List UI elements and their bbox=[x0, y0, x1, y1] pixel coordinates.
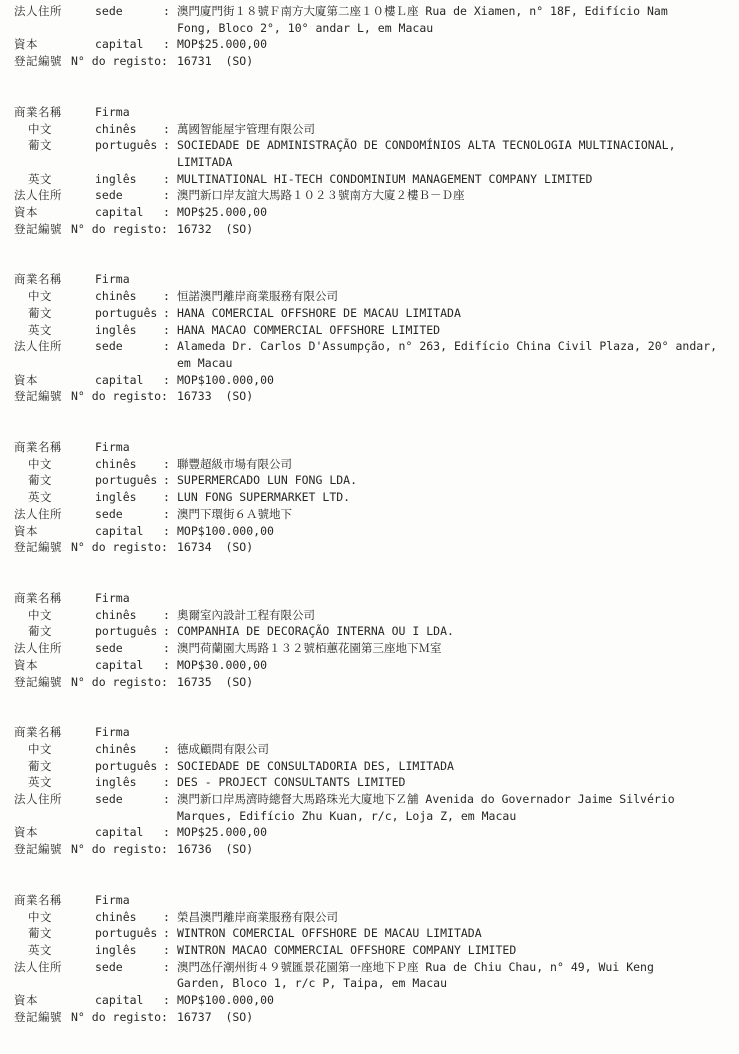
colon-separator: : bbox=[163, 489, 177, 506]
chines-label-zh: 中文 bbox=[14, 121, 95, 138]
registo-number: 16735 (SO) bbox=[177, 674, 253, 691]
firma-header-row: 商業名稱Firma bbox=[14, 104, 731, 121]
field-row-capital: 資本capital:MOP$25.000,00 bbox=[14, 204, 731, 221]
registry-entry: 商業名稱Firma中文chinês:聯豐超級市場有限公司葡文português:… bbox=[14, 439, 731, 556]
sede-value: 澳門新口岸馬濟時總督大馬路珠光大廈地下Ｚ舖 Avenida do Governa… bbox=[177, 791, 675, 824]
firma-label-zh: 商業名稱 bbox=[14, 724, 95, 741]
sede-label-pt: sede bbox=[95, 640, 163, 657]
registo-label-pt: N° do registo: bbox=[71, 53, 177, 70]
field-row-ingles: 英文inglês:WINTRON MACAO COMMERCIAL OFFSHO… bbox=[14, 942, 731, 959]
ingles-label-zh: 英文 bbox=[14, 774, 95, 791]
firma-label-zh: 商業名稱 bbox=[14, 439, 95, 456]
ingles-label-zh: 英文 bbox=[14, 489, 95, 506]
sede-label-pt: sede bbox=[95, 791, 163, 808]
field-row-portugues: 葡文português:HANA COMERCIAL OFFSHORE DE M… bbox=[14, 305, 731, 322]
portugues-value-line: WINTRON COMERCIAL OFFSHORE DE MACAU LIMI… bbox=[177, 925, 482, 942]
ingles-label-pt: inglês bbox=[95, 322, 163, 339]
chines-label-zh: 中文 bbox=[14, 909, 95, 926]
colon-separator: : bbox=[163, 992, 177, 1009]
ingles-label-zh: 英文 bbox=[14, 322, 95, 339]
sede-label-pt: sede bbox=[95, 959, 163, 976]
portugues-value: SUPERMERCADO LUN FONG LDA. bbox=[177, 472, 357, 489]
sede-value-line: 澳門新口岸馬濟時總督大馬路珠光大廈地下Ｚ舖 Avenida do Governa… bbox=[177, 791, 675, 808]
capital-value: MOP$25.000,00 bbox=[177, 204, 267, 221]
portugues-value: WINTRON COMERCIAL OFFSHORE DE MACAU LIMI… bbox=[177, 925, 482, 942]
ingles-value: MULTINATIONAL HI-TECH CONDOMINIUM MANAGE… bbox=[177, 171, 592, 188]
registo-label-zh: 登記編號 bbox=[14, 388, 71, 405]
capital-label-pt: capital bbox=[95, 372, 163, 389]
capital-value: MOP$100.000,00 bbox=[177, 523, 274, 540]
registry-entry: 商業名稱Firma中文chinês:萬國智能屋宇管理有限公司葡文portuguê… bbox=[14, 104, 731, 238]
registo-label-pt: N° do registo: bbox=[71, 539, 177, 556]
sede-value: 澳門廈門街１８號Ｆ南方大廈第二座１０樓Ｌ座 Rua de Xiamen, n° … bbox=[177, 3, 668, 36]
firma-label-zh: 商業名稱 bbox=[14, 271, 95, 288]
registo-row: 登記編號N° do registo:16732 (SO) bbox=[14, 221, 731, 238]
field-row-sede: 法人住所sede:澳門荷蘭園大馬路１３２號栢蕙花園第三座地下Ｍ室 bbox=[14, 640, 731, 657]
colon-separator: : bbox=[163, 791, 177, 808]
sede-label-zh: 法人住所 bbox=[14, 791, 95, 808]
sede-value: 澳門下環街６Ａ號地下 bbox=[177, 506, 292, 523]
colon-separator: : bbox=[163, 36, 177, 53]
firma-label-zh: 商業名稱 bbox=[14, 892, 95, 909]
ingles-label-pt: inglês bbox=[95, 489, 163, 506]
field-row-chines: 中文chinês:奧爾室內設計工程有限公司 bbox=[14, 607, 731, 624]
field-row-ingles: 英文inglês:DES - PROJECT CONSULTANTS LIMIT… bbox=[14, 774, 731, 791]
registry-entry: 法人住所sede:澳門廈門街１８號Ｆ南方大廈第二座１０樓Ｌ座 Rua de Xi… bbox=[14, 3, 731, 70]
firma-label-pt: Firma bbox=[95, 590, 163, 607]
chines-label-zh: 中文 bbox=[14, 456, 95, 473]
sede-label-pt: sede bbox=[95, 187, 163, 204]
colon-separator: : bbox=[163, 338, 177, 355]
portugues-label-zh: 葡文 bbox=[14, 623, 95, 640]
ingles-label-zh: 英文 bbox=[14, 171, 95, 188]
sede-value-line: em Macau bbox=[177, 355, 717, 372]
firma-header-row: 商業名稱Firma bbox=[14, 271, 731, 288]
colon-separator: : bbox=[163, 171, 177, 188]
chines-label-pt: chinês bbox=[95, 909, 163, 926]
sede-value-line: Fong, Bloco 2°, 10° andar L, em Macau bbox=[177, 20, 668, 37]
capital-value: MOP$25.000,00 bbox=[177, 824, 267, 841]
portugues-label-zh: 葡文 bbox=[14, 925, 95, 942]
capital-label-zh: 資本 bbox=[14, 657, 95, 674]
chines-label-pt: chinês bbox=[95, 121, 163, 138]
portugues-label-zh: 葡文 bbox=[14, 472, 95, 489]
sede-value: Alameda Dr. Carlos D'Assumpção, n° 263, … bbox=[177, 338, 717, 371]
registo-row: 登記編號N° do registo:16735 (SO) bbox=[14, 674, 731, 691]
portugues-label-pt: português bbox=[95, 758, 163, 775]
colon-separator: : bbox=[163, 506, 177, 523]
chines-value-line: 聯豐超級市場有限公司 bbox=[177, 456, 292, 473]
ingles-value-line: HANA MACAO COMMERCIAL OFFSHORE LIMITED bbox=[177, 322, 440, 339]
field-row-capital: 資本capital:MOP$100.000,00 bbox=[14, 523, 731, 540]
field-row-chines: 中文chinês:德成顧問有限公司 bbox=[14, 741, 731, 758]
sede-label-zh: 法人住所 bbox=[14, 187, 95, 204]
registo-label-zh: 登記編號 bbox=[14, 53, 71, 70]
colon-separator: : bbox=[163, 137, 177, 154]
field-row-ingles: 英文inglês:LUN FONG SUPERMARKET LTD. bbox=[14, 489, 731, 506]
capital-value-line: MOP$25.000,00 bbox=[177, 204, 267, 221]
registo-number: 16736 (SO) bbox=[177, 841, 253, 858]
sede-value-line: 澳門新口岸友誼大馬路１０２３號南方大廈２樓Ｂ－Ｄ座 bbox=[177, 187, 465, 204]
ingles-value: DES - PROJECT CONSULTANTS LIMITED bbox=[177, 774, 405, 791]
capital-label-zh: 資本 bbox=[14, 523, 95, 540]
ingles-label-pt: inglês bbox=[95, 171, 163, 188]
registo-row: 登記編號N° do registo:16737 (SO) bbox=[14, 1009, 731, 1026]
colon-separator: : bbox=[163, 741, 177, 758]
colon-separator: : bbox=[163, 909, 177, 926]
registo-label-pt: N° do registo: bbox=[71, 388, 177, 405]
ingles-value-line: WINTRON MACAO COMMERCIAL OFFSHORE COMPAN… bbox=[177, 942, 516, 959]
portugues-value-line: SUPERMERCADO LUN FONG LDA. bbox=[177, 472, 357, 489]
firma-label-zh: 商業名稱 bbox=[14, 104, 95, 121]
portugues-value-line: COMPANHIA DE DECORAÇÃO INTERNA OU I LDA. bbox=[177, 623, 454, 640]
firma-label-pt: Firma bbox=[95, 892, 163, 909]
capital-value-line: MOP$30.000,00 bbox=[177, 657, 267, 674]
registo-number: 16731 (SO) bbox=[177, 53, 253, 70]
portugues-value-line: SOCIEDADE DE CONSULTADORIA DES, LIMITADA bbox=[177, 758, 454, 775]
capital-label-zh: 資本 bbox=[14, 824, 95, 841]
colon-separator: : bbox=[163, 657, 177, 674]
capital-label-pt: capital bbox=[95, 204, 163, 221]
field-row-capital: 資本capital:MOP$30.000,00 bbox=[14, 657, 731, 674]
portugues-value: HANA COMERCIAL OFFSHORE DE MACAU LIMITAD… bbox=[177, 305, 461, 322]
sede-label-zh: 法人住所 bbox=[14, 640, 95, 657]
sede-label-pt: sede bbox=[95, 3, 163, 20]
capital-value-line: MOP$25.000,00 bbox=[177, 824, 267, 841]
colon-separator: : bbox=[163, 204, 177, 221]
registry-document: 法人住所sede:澳門廈門街１８號Ｆ南方大廈第二座１０樓Ｌ座 Rua de Xi… bbox=[0, 0, 739, 1025]
registo-row: 登記編號N° do registo:16736 (SO) bbox=[14, 841, 731, 858]
portugues-label-pt: português bbox=[95, 305, 163, 322]
portugues-label-zh: 葡文 bbox=[14, 137, 95, 154]
sede-value-line: Garden, Bloco 1, r/c P, Taipa, em Macau bbox=[177, 975, 654, 992]
ingles-value-line: MULTINATIONAL HI-TECH CONDOMINIUM MANAGE… bbox=[177, 171, 592, 188]
field-row-capital: 資本capital:MOP$25.000,00 bbox=[14, 824, 731, 841]
firma-label-pt: Firma bbox=[95, 271, 163, 288]
sede-value-line: 澳門廈門街１８號Ｆ南方大廈第二座１０樓Ｌ座 Rua de Xiamen, n° … bbox=[177, 3, 668, 20]
colon-separator: : bbox=[163, 305, 177, 322]
colon-separator: : bbox=[163, 472, 177, 489]
field-row-capital: 資本capital:MOP$100.000,00 bbox=[14, 372, 731, 389]
sede-label-pt: sede bbox=[95, 506, 163, 523]
chines-value: 榮昌澳門離岸商業服務有限公司 bbox=[177, 909, 338, 926]
chines-value: 聯豐超級市場有限公司 bbox=[177, 456, 292, 473]
capital-label-zh: 資本 bbox=[14, 992, 95, 1009]
field-row-sede: 法人住所sede:澳門新口岸友誼大馬路１０２３號南方大廈２樓Ｂ－Ｄ座 bbox=[14, 187, 731, 204]
colon-separator: : bbox=[163, 456, 177, 473]
firma-label-pt: Firma bbox=[95, 104, 163, 121]
sede-label-zh: 法人住所 bbox=[14, 3, 95, 20]
sede-value: 澳門新口岸友誼大馬路１０２３號南方大廈２樓Ｂ－Ｄ座 bbox=[177, 187, 465, 204]
registo-label-zh: 登記編號 bbox=[14, 221, 71, 238]
colon-separator: : bbox=[163, 607, 177, 624]
capital-label-pt: capital bbox=[95, 824, 163, 841]
field-row-portugues: 葡文português:SUPERMERCADO LUN FONG LDA. bbox=[14, 472, 731, 489]
portugues-label-pt: português bbox=[95, 472, 163, 489]
capital-value: MOP$30.000,00 bbox=[177, 657, 267, 674]
field-row-portugues: 葡文português:WINTRON COMERCIAL OFFSHORE D… bbox=[14, 925, 731, 942]
ingles-value-line: DES - PROJECT CONSULTANTS LIMITED bbox=[177, 774, 405, 791]
field-row-chines: 中文chinês:恒諾澳門離岸商業服務有限公司 bbox=[14, 288, 731, 305]
registo-number: 16737 (SO) bbox=[177, 1009, 253, 1026]
field-row-capital: 資本capital:MOP$25.000,00 bbox=[14, 36, 731, 53]
sede-label-zh: 法人住所 bbox=[14, 338, 95, 355]
registo-label-pt: N° do registo: bbox=[71, 221, 177, 238]
chines-value-line: 恒諾澳門離岸商業服務有限公司 bbox=[177, 288, 338, 305]
chines-value: 恒諾澳門離岸商業服務有限公司 bbox=[177, 288, 338, 305]
colon-separator: : bbox=[163, 187, 177, 204]
registo-label-zh: 登記編號 bbox=[14, 539, 71, 556]
registo-label-pt: N° do registo: bbox=[71, 841, 177, 858]
colon-separator: : bbox=[163, 3, 177, 20]
sede-value: 澳門荷蘭園大馬路１３２號栢蕙花園第三座地下Ｍ室 bbox=[177, 640, 442, 657]
sede-label-zh: 法人住所 bbox=[14, 506, 95, 523]
registo-row: 登記編號N° do registo:16731 (SO) bbox=[14, 53, 731, 70]
registo-number: 16732 (SO) bbox=[177, 221, 253, 238]
capital-value: MOP$100.000,00 bbox=[177, 992, 274, 1009]
ingles-label-pt: inglês bbox=[95, 774, 163, 791]
firma-header-row: 商業名稱Firma bbox=[14, 590, 731, 607]
registo-label-zh: 登記編號 bbox=[14, 841, 71, 858]
capital-label-zh: 資本 bbox=[14, 204, 95, 221]
field-row-capital: 資本capital:MOP$100.000,00 bbox=[14, 992, 731, 1009]
registo-row: 登記編號N° do registo:16734 (SO) bbox=[14, 539, 731, 556]
ingles-label-zh: 英文 bbox=[14, 942, 95, 959]
sede-label-zh: 法人住所 bbox=[14, 959, 95, 976]
capital-value: MOP$25.000,00 bbox=[177, 36, 267, 53]
firma-header-row: 商業名稱Firma bbox=[14, 892, 731, 909]
portugues-label-pt: português bbox=[95, 925, 163, 942]
field-row-portugues: 葡文português:SOCIEDADE DE ADMINISTRAÇÃO D… bbox=[14, 137, 731, 170]
portugues-value-line: LIMITADA bbox=[177, 154, 676, 171]
registry-entry: 商業名稱Firma中文chinês:德成顧問有限公司葡文português:SO… bbox=[14, 724, 731, 858]
firma-header-row: 商業名稱Firma bbox=[14, 724, 731, 741]
colon-separator: : bbox=[163, 322, 177, 339]
chines-value: 德成顧問有限公司 bbox=[177, 741, 269, 758]
sede-value-line: 澳門下環街６Ａ號地下 bbox=[177, 506, 292, 523]
capital-label-pt: capital bbox=[95, 992, 163, 1009]
colon-separator: : bbox=[163, 942, 177, 959]
ingles-value: HANA MACAO COMMERCIAL OFFSHORE LIMITED bbox=[177, 322, 440, 339]
chines-label-pt: chinês bbox=[95, 456, 163, 473]
capital-label-zh: 資本 bbox=[14, 372, 95, 389]
capital-label-zh: 資本 bbox=[14, 36, 95, 53]
portugues-label-pt: português bbox=[95, 137, 163, 154]
chines-value-line: 奧爾室內設計工程有限公司 bbox=[177, 607, 315, 624]
chines-value: 萬國智能屋宇管理有限公司 bbox=[177, 121, 315, 138]
firma-label-pt: Firma bbox=[95, 724, 163, 741]
colon-separator: : bbox=[163, 774, 177, 791]
portugues-value: SOCIEDADE DE CONSULTADORIA DES, LIMITADA bbox=[177, 758, 454, 775]
colon-separator: : bbox=[163, 758, 177, 775]
sede-value-line: 澳門荷蘭園大馬路１３２號栢蕙花園第三座地下Ｍ室 bbox=[177, 640, 442, 657]
field-row-portugues: 葡文português:SOCIEDADE DE CONSULTADORIA D… bbox=[14, 758, 731, 775]
capital-label-pt: capital bbox=[95, 523, 163, 540]
registo-label-zh: 登記編號 bbox=[14, 1009, 71, 1026]
portugues-value: COMPANHIA DE DECORAÇÃO INTERNA OU I LDA. bbox=[177, 623, 454, 640]
colon-separator: : bbox=[163, 121, 177, 138]
field-row-portugues: 葡文português:COMPANHIA DE DECORAÇÃO INTER… bbox=[14, 623, 731, 640]
field-row-sede: 法人住所sede:澳門氹仔潮州街４９號匯景花園第一座地下Ｐ座 Rua de Ch… bbox=[14, 959, 731, 992]
registo-number: 16733 (SO) bbox=[177, 388, 253, 405]
chines-value-line: 德成顧問有限公司 bbox=[177, 741, 269, 758]
sede-label-pt: sede bbox=[95, 338, 163, 355]
sede-value-line: 澳門氹仔潮州街４９號匯景花園第一座地下Ｐ座 Rua de Chiu Chau, … bbox=[177, 959, 654, 976]
registo-label-pt: N° do registo: bbox=[71, 1009, 177, 1026]
field-row-chines: 中文chinês:榮昌澳門離岸商業服務有限公司 bbox=[14, 909, 731, 926]
chines-label-pt: chinês bbox=[95, 607, 163, 624]
colon-separator: : bbox=[163, 925, 177, 942]
field-row-chines: 中文chinês:萬國智能屋宇管理有限公司 bbox=[14, 121, 731, 138]
chines-label-pt: chinês bbox=[95, 741, 163, 758]
registry-entry: 商業名稱Firma中文chinês:榮昌澳門離岸商業服務有限公司葡文portug… bbox=[14, 892, 731, 1026]
registo-number: 16734 (SO) bbox=[177, 539, 253, 556]
colon-separator: : bbox=[163, 623, 177, 640]
field-row-ingles: 英文inglês:MULTINATIONAL HI-TECH CONDOMINI… bbox=[14, 171, 731, 188]
sede-value-line: Marques, Edifício Zhu Kuan, r/c, Loja Z,… bbox=[177, 808, 675, 825]
sede-value-line: Alameda Dr. Carlos D'Assumpção, n° 263, … bbox=[177, 338, 717, 355]
portugues-label-pt: português bbox=[95, 623, 163, 640]
chines-value-line: 萬國智能屋宇管理有限公司 bbox=[177, 121, 315, 138]
portugues-value-line: SOCIEDADE DE ADMINISTRAÇÃO DE CONDOMÍNIO… bbox=[177, 137, 676, 154]
chines-label-zh: 中文 bbox=[14, 607, 95, 624]
field-row-sede: 法人住所sede:澳門新口岸馬濟時總督大馬路珠光大廈地下Ｚ舖 Avenida d… bbox=[14, 791, 731, 824]
ingles-value: WINTRON MACAO COMMERCIAL OFFSHORE COMPAN… bbox=[177, 942, 516, 959]
field-row-sede: 法人住所sede:Alameda Dr. Carlos D'Assumpção,… bbox=[14, 338, 731, 371]
ingles-label-pt: inglês bbox=[95, 942, 163, 959]
capital-label-pt: capital bbox=[95, 36, 163, 53]
portugues-label-zh: 葡文 bbox=[14, 758, 95, 775]
chines-label-zh: 中文 bbox=[14, 288, 95, 305]
registo-label-zh: 登記編號 bbox=[14, 674, 71, 691]
ingles-value-line: LUN FONG SUPERMARKET LTD. bbox=[177, 489, 350, 506]
registry-entry: 商業名稱Firma中文chinês:奧爾室內設計工程有限公司葡文portuguê… bbox=[14, 590, 731, 690]
colon-separator: : bbox=[163, 824, 177, 841]
sede-value: 澳門氹仔潮州街４９號匯景花園第一座地下Ｐ座 Rua de Chiu Chau, … bbox=[177, 959, 654, 992]
capital-label-pt: capital bbox=[95, 657, 163, 674]
capital-value-line: MOP$100.000,00 bbox=[177, 372, 274, 389]
chines-label-pt: chinês bbox=[95, 288, 163, 305]
chines-label-zh: 中文 bbox=[14, 741, 95, 758]
field-row-ingles: 英文inglês:HANA MACAO COMMERCIAL OFFSHORE … bbox=[14, 322, 731, 339]
colon-separator: : bbox=[163, 372, 177, 389]
colon-separator: : bbox=[163, 959, 177, 976]
chines-value-line: 榮昌澳門離岸商業服務有限公司 bbox=[177, 909, 338, 926]
firma-label-pt: Firma bbox=[95, 439, 163, 456]
field-row-sede: 法人住所sede:澳門廈門街１８號Ｆ南方大廈第二座１０樓Ｌ座 Rua de Xi… bbox=[14, 3, 731, 36]
field-row-sede: 法人住所sede:澳門下環街６Ａ號地下 bbox=[14, 506, 731, 523]
chines-value: 奧爾室內設計工程有限公司 bbox=[177, 607, 315, 624]
registry-entry: 商業名稱Firma中文chinês:恒諾澳門離岸商業服務有限公司葡文portug… bbox=[14, 271, 731, 405]
firma-label-zh: 商業名稱 bbox=[14, 590, 95, 607]
ingles-value: LUN FONG SUPERMARKET LTD. bbox=[177, 489, 350, 506]
registo-row: 登記編號N° do registo:16733 (SO) bbox=[14, 388, 731, 405]
capital-value-line: MOP$100.000,00 bbox=[177, 523, 274, 540]
field-row-chines: 中文chinês:聯豐超級市場有限公司 bbox=[14, 456, 731, 473]
registo-label-pt: N° do registo: bbox=[71, 674, 177, 691]
firma-header-row: 商業名稱Firma bbox=[14, 439, 731, 456]
capital-value-line: MOP$25.000,00 bbox=[177, 36, 267, 53]
colon-separator: : bbox=[163, 640, 177, 657]
portugues-label-zh: 葡文 bbox=[14, 305, 95, 322]
colon-separator: : bbox=[163, 523, 177, 540]
portugues-value-line: HANA COMERCIAL OFFSHORE DE MACAU LIMITAD… bbox=[177, 305, 461, 322]
portugues-value: SOCIEDADE DE ADMINISTRAÇÃO DE CONDOMÍNIO… bbox=[177, 137, 676, 170]
capital-value-line: MOP$100.000,00 bbox=[177, 992, 274, 1009]
colon-separator: : bbox=[163, 288, 177, 305]
capital-value: MOP$100.000,00 bbox=[177, 372, 274, 389]
